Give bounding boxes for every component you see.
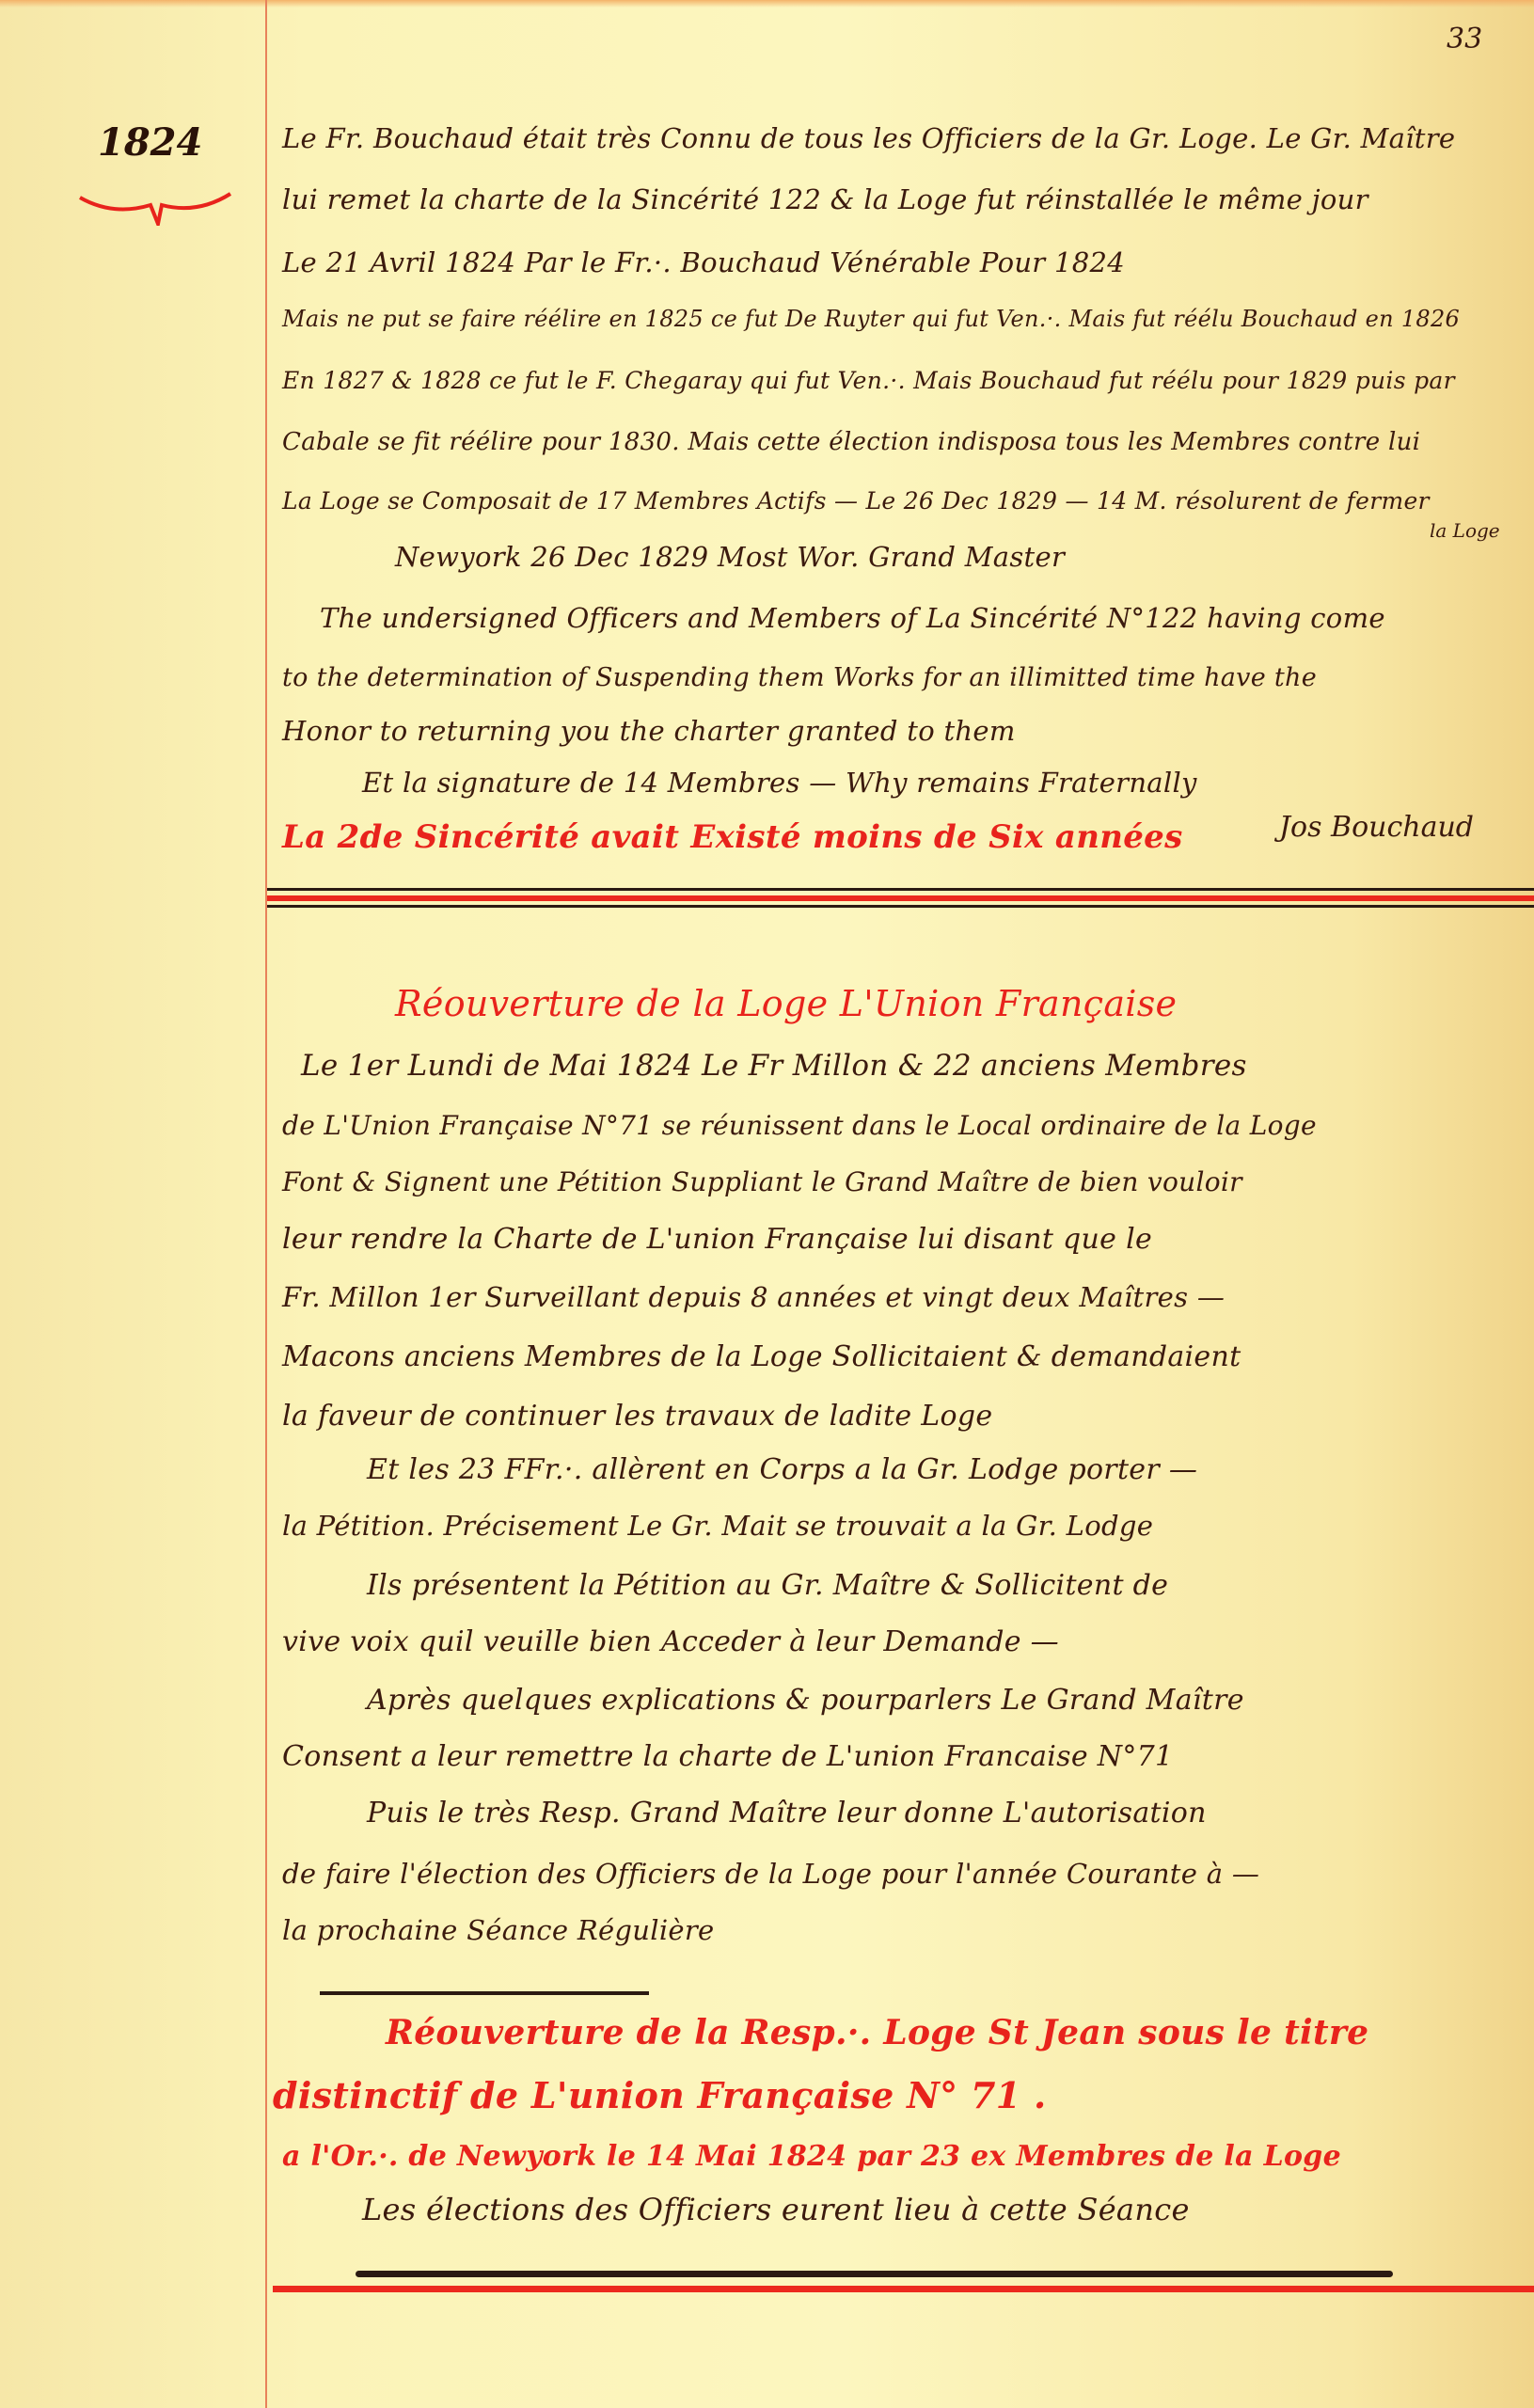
letter-line: The undersigned Officers and Members of …	[320, 602, 1385, 634]
entry2-line: Puis le très Resp. Grand Maître leur don…	[367, 1797, 1207, 1830]
manuscript-page: 33 1824 Le Fr. Bouchaud était très Connu…	[0, 0, 1534, 2408]
section-heading: Réouverture de la Loge L'Union Française	[395, 983, 1177, 1024]
red-heading-line: Réouverture de la Resp.·. Loge St Jean s…	[386, 2013, 1368, 2052]
entry1-line: Le 21 Avril 1824 Par le Fr.·. Bouchaud V…	[282, 246, 1125, 278]
entry2-line: la faveur de continuer les travaux de la…	[282, 1400, 992, 1433]
entry1-line: En 1827 & 1828 ce fut le F. Chegaray qui…	[282, 367, 1455, 394]
page-number: 33	[1447, 23, 1482, 55]
red-heading-line: a l'Or.·. de Newyork le 14 Mai 1824 par …	[282, 2140, 1341, 2173]
entry1-line: lui remet la charte de la Sincérité 122 …	[282, 183, 1368, 215]
divider-black-bottom	[356, 2271, 1393, 2277]
entry2-line: la prochaine Séance Régulière	[282, 1914, 715, 1946]
entry2-line: Après quelques explications & pourparler…	[367, 1684, 1244, 1717]
divider-black	[267, 905, 1534, 908]
entry2-line: Fr. Millon 1er Surveillant depuis 8 anné…	[282, 1281, 1225, 1313]
entry1-line: Cabale se fit réélire pour 1830. Mais ce…	[282, 428, 1420, 456]
entry2-line: de faire l'élection des Officiers de la …	[282, 1858, 1259, 1890]
signature-line: Et la signature de 14 Membres — Why rema…	[362, 767, 1197, 799]
letter-line: to the determination of Suspending them …	[282, 663, 1317, 692]
entry2-line: Font & Signent une Pétition Suppliant le…	[282, 1166, 1242, 1197]
entry2-line: Macons anciens Membres de la Loge Sollic…	[282, 1340, 1241, 1373]
side-note: la Loge	[1430, 519, 1500, 542]
page-top-edge	[0, 0, 1534, 8]
margin-rule	[265, 0, 267, 2408]
divider-short	[320, 1991, 649, 1995]
divider-red	[267, 895, 1534, 901]
entry2-line: la Pétition. Précisement Le Gr. Mait se …	[282, 1510, 1153, 1542]
entry1-line: La Loge se Composait de 17 Membres Actif…	[282, 487, 1430, 515]
red-brace-icon	[75, 188, 235, 226]
entry2-line: Ils présentent la Pétition au Gr. Maître…	[367, 1569, 1168, 1602]
divider-red-bottom	[273, 2286, 1534, 2292]
margin-year: 1824	[98, 120, 202, 165]
entry1-line: Mais ne put se faire réélire en 1825 ce …	[282, 306, 1460, 332]
entry2-line: de L'Union Française N°71 se réunissent …	[282, 1110, 1317, 1141]
entry2-line: leur rendre la Charte de L'union Françai…	[282, 1223, 1152, 1256]
signature: Jos Bouchaud	[1279, 811, 1474, 844]
entry2-line: Et les 23 FFr.·. allèrent en Corps a la …	[367, 1453, 1197, 1486]
closing-line: Les élections des Officiers eurent lieu …	[362, 2192, 1190, 2227]
red-heading-line: distinctif de L'union Française N° 71 .	[273, 2074, 1047, 2116]
entry1-line: Le Fr. Bouchaud était très Connu de tous…	[282, 122, 1455, 154]
letter-header: Newyork 26 Dec 1829 Most Wor. Grand Mast…	[395, 541, 1065, 573]
entry2-line: Consent a leur remettre la charte de L'u…	[282, 1740, 1173, 1773]
letter-line: Honor to returning you the charter grant…	[282, 715, 1016, 747]
entry2-line: vive voix quil veuille bien Acceder à le…	[282, 1625, 1059, 1658]
divider-black	[267, 888, 1534, 891]
entry2-line: Le 1er Lundi de Mai 1824 Le Fr Millon & …	[301, 1049, 1247, 1083]
red-note: La 2de Sincérité avait Existé moins de S…	[282, 818, 1183, 856]
